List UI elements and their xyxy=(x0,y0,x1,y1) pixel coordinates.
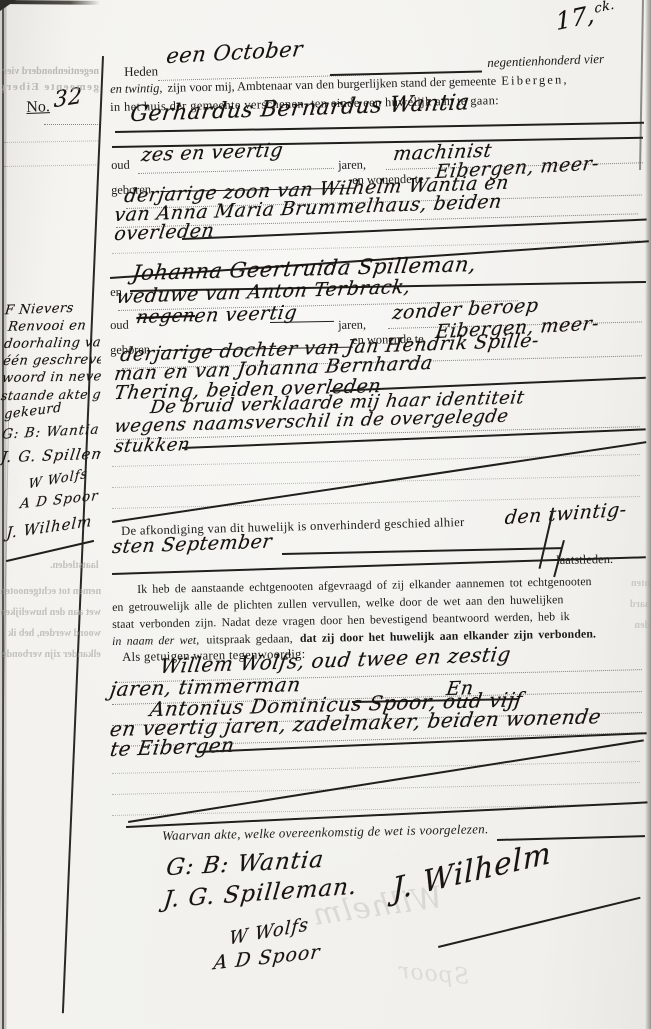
marriage-certificate-scan: 17,ck. No. 32 negentienhonderd vier geme… xyxy=(0,0,651,1029)
announcement-strikeline xyxy=(282,547,562,554)
margin-note-line: doorhaling van xyxy=(3,335,101,352)
groom-age: zes en veertig xyxy=(140,139,285,166)
closing-text: Waarvan akte, welke overeenkomstig de we… xyxy=(162,821,489,844)
groom-jaren-label: jaren, xyxy=(338,158,366,173)
vows-line4-mid: uitspraak gedaan, xyxy=(206,631,293,646)
groom-age-dotline xyxy=(138,168,334,174)
margin-signature: W Wolfs xyxy=(28,467,89,493)
bleedthrough-top: negentienhonderd vier gemeente Eibergen, xyxy=(2,66,99,102)
bleedthrough-text: negentienhonderd vier xyxy=(2,66,99,77)
top-edge-shadow xyxy=(0,0,100,5)
bleedthrough-text: laatstleden. xyxy=(50,560,99,571)
intro-line2-italic: en twintig, xyxy=(110,81,163,96)
bleedthrough-text: nten xyxy=(626,578,650,589)
signature-official-underline xyxy=(438,897,641,948)
margin-signature: J. G. Spilleman xyxy=(0,444,101,467)
margin-signature: J. Wilhelm xyxy=(6,512,93,542)
bride-age-struck-word: negen xyxy=(135,305,196,328)
ruled-dotline xyxy=(112,782,640,795)
bride-age: en veertig xyxy=(193,301,299,327)
margin-note-line: Renvooi en xyxy=(7,318,87,334)
bleedthrough-text: den xyxy=(626,620,650,631)
closing-strikeline xyxy=(497,835,645,840)
margin-note-line: F Nievers xyxy=(4,301,74,318)
groom-name: Gerhardus Bernardus Wantia xyxy=(129,90,471,127)
right-edge-line xyxy=(639,0,643,170)
margin-note-line: staande akte goed- xyxy=(0,386,101,403)
groom-parents-line3: overleden xyxy=(113,220,216,246)
ruled-dotline xyxy=(112,454,640,467)
margin-ruled-line xyxy=(4,164,98,167)
bleedthrough-text: nemen tot echtgenooten xyxy=(1,586,101,597)
witness-line5: te Eibergen xyxy=(109,733,237,761)
bleedthrough-text: gemeente Eibergen, xyxy=(2,81,99,93)
margin-ruled-line xyxy=(4,140,98,143)
signature-groom: G: B: Wantia xyxy=(165,847,326,881)
folio-number-value: 17, xyxy=(555,0,596,36)
intro-date-handwritten: een October xyxy=(165,37,304,68)
bride-age-strikeline xyxy=(270,321,334,323)
margin-note-line: woord in neven- xyxy=(1,369,101,386)
bride-identity-line3: stukken xyxy=(113,434,192,457)
announcement-date-part2: sten September xyxy=(111,530,274,558)
bleedthrough-scribble: Spoor xyxy=(397,959,470,990)
groom-oud-label: oud xyxy=(111,158,130,173)
margin-signature: G: B: Wantia xyxy=(1,421,100,442)
folio-number: 17,ck. xyxy=(555,0,616,36)
bleedthrough-text: wet aan den huwelijken xyxy=(1,607,101,618)
intro-line2-gemeente: Eibergen, xyxy=(501,72,569,87)
groom-endline xyxy=(182,219,647,240)
bleedthrough-text: elkander zijn verbonden. xyxy=(1,649,101,660)
announcement-date-part1: den twintig- xyxy=(504,498,628,529)
right-page-edge xyxy=(645,0,651,1029)
ruled-dotline xyxy=(112,761,640,774)
act-number-dotline xyxy=(44,124,100,125)
margin-note-line: één geschreven xyxy=(2,352,101,369)
bleedthrough-left: laatstleden. nemen tot echtgenooten wet … xyxy=(1,560,101,672)
bleedthrough-text: aard xyxy=(626,599,650,610)
intro-heden: Heden xyxy=(124,63,158,80)
folio-superscript: ck. xyxy=(594,0,615,17)
bleedthrough-text: woord werden, heb ik xyxy=(8,628,101,639)
intro-year-printed: negentienhonderd vier xyxy=(487,51,604,71)
bleedthrough-right: nten aard den xyxy=(626,578,650,658)
margin-note-line: gekeurd xyxy=(4,400,62,422)
bride-jaren-label: jaren, xyxy=(338,318,366,333)
vows-line4-bold: dat zij door het huwelijk aan elkander z… xyxy=(300,626,596,645)
vows-line4-italic: in naam der wet, xyxy=(112,633,199,648)
bride-oud-label: oud xyxy=(110,318,129,333)
margin-note: F Nievers Renvooi en doorhaling van één … xyxy=(0,300,101,562)
margin-signature-underline xyxy=(6,540,94,562)
